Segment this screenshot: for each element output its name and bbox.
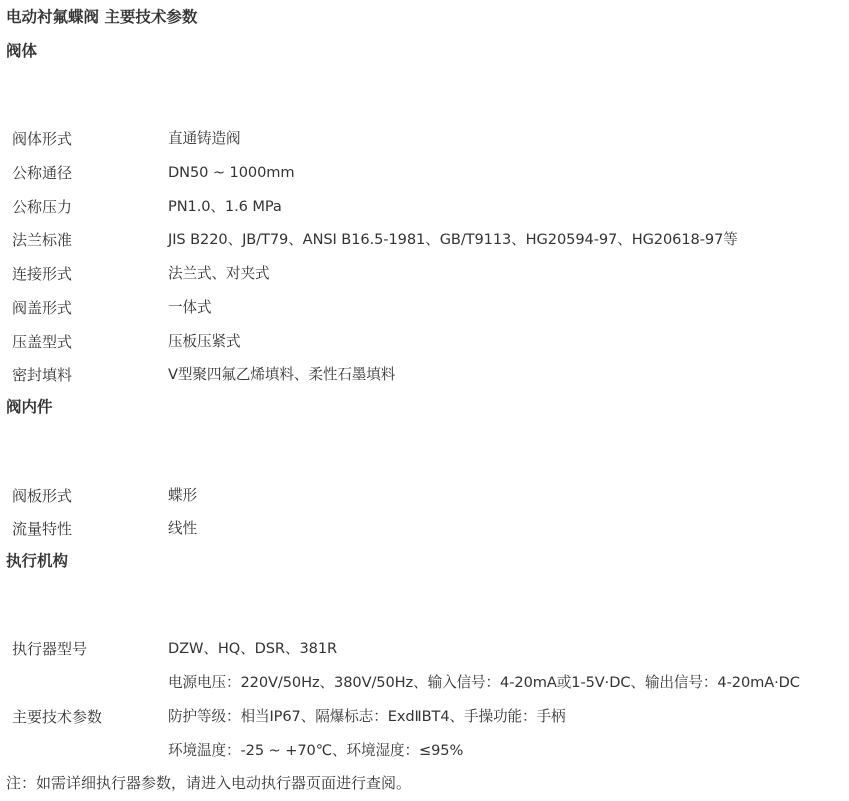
- section-heading-actuator: 执行机构: [6, 550, 68, 572]
- row-value: PN1.0、1.6 MPa: [168, 195, 282, 219]
- row-value: 线性: [168, 517, 197, 541]
- table-row: 密封填料 V型聚四氟乙烯填料、柔性石墨填料: [0, 363, 849, 387]
- table-row: 法兰标准 JIS B220、JB/T79、ANSI B16.5-1981、GB/…: [0, 228, 849, 252]
- table-row: 阀板形式 蝶形: [0, 484, 849, 508]
- row-value: 压板压紧式: [168, 330, 240, 354]
- row-label: 阀板形式: [12, 484, 72, 508]
- row-value: JIS B220、JB/T79、ANSI B16.5-1981、GB/T9113…: [168, 228, 738, 252]
- row-label: 法兰标准: [12, 228, 72, 252]
- table-row: 连接形式 法兰式、对夹式: [0, 262, 849, 286]
- row-value: 电源电压：220V/50Hz、380V/50Hz、输入信号：4-20mA或1-5…: [168, 671, 800, 695]
- section-heading-valve-body: 阀体: [6, 40, 37, 62]
- table-row: 阀盖形式 一体式: [0, 296, 849, 320]
- row-value: 法兰式、对夹式: [168, 262, 269, 286]
- table-row: 公称压力 PN1.0、1.6 MPa: [0, 195, 849, 219]
- table-row: 公称通径 DN50 ~ 1000mm: [0, 161, 849, 185]
- row-label: 执行器型号: [12, 637, 87, 661]
- row-value: DZW、HQ、DSR、381R: [168, 637, 337, 661]
- row-label: 公称通径: [12, 161, 72, 185]
- section-heading-valve-internals: 阀内件: [6, 396, 53, 418]
- row-label: 阀体形式: [12, 127, 72, 151]
- row-label: 公称压力: [12, 195, 72, 219]
- table-row: 环境温度：-25 ~ +70℃、环境湿度：≤95%: [0, 739, 849, 763]
- table-row: 压盖型式 压板压紧式: [0, 330, 849, 354]
- table-row: 执行器型号 DZW、HQ、DSR、381R: [0, 637, 849, 661]
- row-label: 主要技术参数: [12, 705, 102, 729]
- row-value: 蝶形: [168, 484, 197, 508]
- row-value: 直通铸造阀: [168, 127, 240, 151]
- row-label: 阀盖形式: [12, 296, 72, 320]
- row-value: 环境温度：-25 ~ +70℃、环境湿度：≤95%: [168, 739, 463, 763]
- row-value: 一体式: [168, 296, 211, 320]
- row-value: 防护等级：相当IP67、隔爆标志：ExdⅡBT4、手操功能：手柄: [168, 705, 565, 729]
- row-label: 流量特性: [12, 517, 72, 541]
- row-label: 连接形式: [12, 262, 72, 286]
- row-value: DN50 ~ 1000mm: [168, 161, 295, 185]
- row-label: 密封填料: [12, 363, 72, 387]
- footnote: 注：如需详细执行器参数，请进入电动执行器页面进行查阅。: [6, 771, 411, 795]
- row-value: V型聚四氟乙烯填料、柔性石墨填料: [168, 363, 395, 387]
- row-label: 压盖型式: [12, 330, 72, 354]
- table-row: 主要技术参数 防护等级：相当IP67、隔爆标志：ExdⅡBT4、手操功能：手柄: [0, 705, 849, 729]
- page-title: 电动衬氟蝶阀 主要技术参数: [6, 6, 197, 28]
- table-row: 电源电压：220V/50Hz、380V/50Hz、输入信号：4-20mA或1-5…: [0, 671, 849, 695]
- table-row: 阀体形式 直通铸造阀: [0, 127, 849, 151]
- table-row: 流量特性 线性: [0, 517, 849, 541]
